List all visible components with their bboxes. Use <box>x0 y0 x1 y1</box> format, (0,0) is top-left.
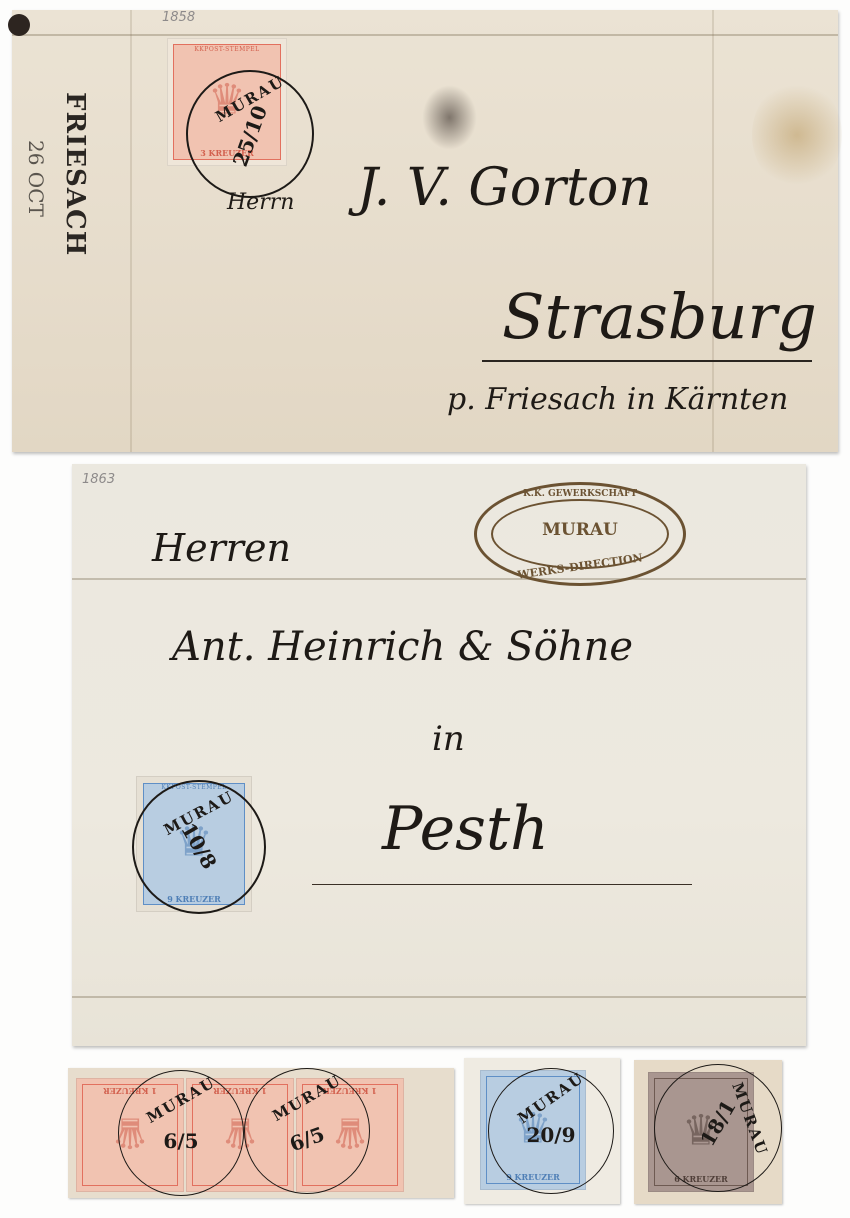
oval-werks-direction-handstamp: K.K. GEWERKSCHAFT MURAU WERKS-DIRECTION <box>474 482 686 586</box>
address-preposition: in <box>432 719 465 759</box>
address-name: Ant. Heinrich & Söhne <box>172 624 633 670</box>
fold-line <box>72 996 806 998</box>
address-salutation: Herrn <box>227 190 294 215</box>
murau-cds-cancel: MURAU 6/5 <box>244 1068 370 1194</box>
address-city: Pesth <box>382 794 549 864</box>
murau-cds-cancel: MURAU 20/9 <box>488 1068 614 1194</box>
fold-line <box>12 34 838 36</box>
underline <box>312 884 692 885</box>
cds-town: MURAU <box>123 1061 239 1139</box>
straightline-town-cancel: FRIESACH <box>60 92 90 256</box>
murau-cds-cancel: MURAU 10/8 <box>132 780 266 914</box>
cover-murau-pesth: 1863 K.K. GEWERKSCHAFT MURAU WERKS-DIREC… <box>72 464 806 1046</box>
murau-cds-cancel: MURAU 25/10 <box>186 70 314 198</box>
ink-blot <box>8 14 30 36</box>
straightline-date-cancel: 26 OCT <box>24 140 48 217</box>
pencil-year-note: 1863 <box>82 472 115 487</box>
cds-date: 20/9 <box>489 1125 613 1145</box>
fold-line <box>130 10 132 452</box>
piece-strip-of-three: ♛ 1 KREUZER ♛ 1 KREUZER ♛ 1 KREUZER MURA… <box>68 1068 454 1198</box>
address-city: Strasburg <box>502 280 817 353</box>
ink-smudge <box>422 85 477 150</box>
piece-single-blue: ♛ 9 KREUZER MURAU 20/9 <box>464 1058 620 1204</box>
fold-line <box>72 578 806 580</box>
underline <box>482 360 812 362</box>
murau-cds-cancel: MURAU 18/1 <box>654 1064 782 1192</box>
cds-date: 6/5 <box>119 1131 243 1151</box>
murau-cds-cancel: MURAU 6/5 <box>118 1070 244 1196</box>
stamp-top-text: KKPOST-STEMPEL <box>168 46 286 53</box>
address-via: p. Friesach in Kärnten <box>447 382 788 417</box>
address-salutation: Herren <box>152 526 291 570</box>
address-name: J. V. Gorton <box>357 158 652 218</box>
oval-center-text: MURAU <box>477 520 683 540</box>
cover-friesach-strasburg: 1858 FRIESACH 26 OCT KKPOST-STEMPEL ♛ 3 … <box>12 10 838 452</box>
foxing-stain <box>752 80 842 190</box>
oval-top-text: K.K. GEWERKSCHAFT <box>477 489 683 499</box>
pencil-year-note: 1858 <box>162 10 195 25</box>
piece-single-brown: ♛ 6 KREUZER MURAU 18/1 <box>634 1060 782 1204</box>
